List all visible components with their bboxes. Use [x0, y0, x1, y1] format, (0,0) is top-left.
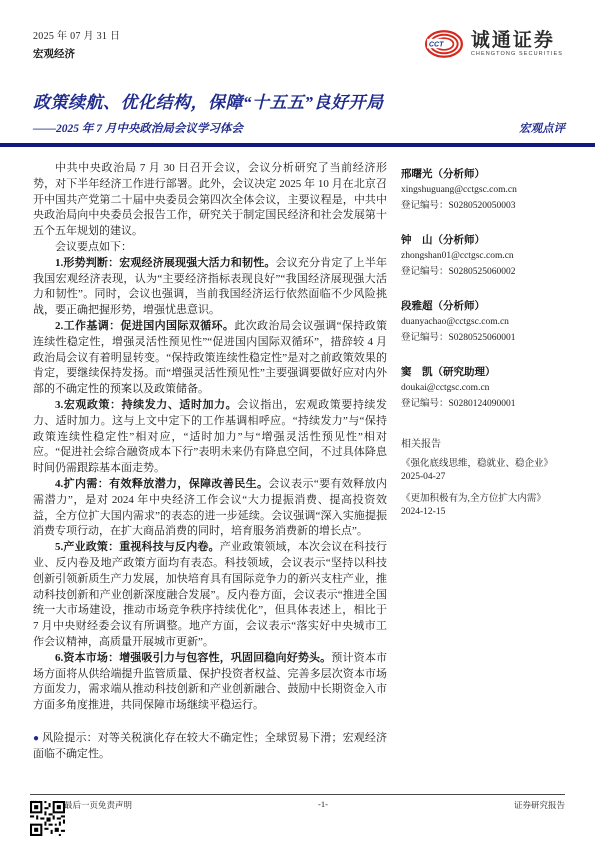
paragraph: 中共中央政治局 7 月 30 日召开会议，会议分析研究了当前经济形势，对下半年经…	[33, 161, 387, 240]
analyst-email: zhongshan01@cctgsc.com.cn	[401, 251, 565, 261]
analyst-block: 窦 凯（研究助理） doukai@cctgsc.com.cn 登记编号：S028…	[401, 364, 565, 409]
analyst-registration: 登记编号：S0280525060002	[401, 263, 565, 277]
related-report-item: 《强化底线思维，稳就业、稳企业》 2025-04-27	[401, 458, 565, 484]
paragraph: 3.宏观政策：持续发力、适时加力。会议指出，宏观政策要持续发力、适时加力。这与上…	[33, 398, 387, 477]
article-body: 中共中央政治局 7 月 30 日召开会议，会议分析研究了当前经济形势，对下半年经…	[33, 161, 387, 762]
page-footer: 敬请参阅最后一页免责声明 -1- 证券研究报告	[30, 794, 565, 811]
analyst-name: 钟 山（分析师）	[401, 232, 565, 247]
analyst-email: xingshuguang@cctgsc.com.cn	[401, 185, 565, 195]
company-logo: CCT 诚通证券 CHENGTONG SECURITIES	[423, 28, 563, 60]
paragraph: 5.产业政策：重视科技与反内卷。产业政策领域，本次会议在科技行业、反内卷及地产政…	[33, 540, 387, 651]
page-title: 政策续航、优化结构，保障“十五五”良好开局	[33, 88, 565, 113]
related-reports: 相关报告 《强化底线思维，稳就业、稳企业》 2025-04-27 《更加积极有为…	[401, 435, 565, 519]
logo-rings-icon: CCT	[423, 28, 465, 60]
analyst-block: 段雅超（分析师） duanyachao@cctgsc.com.cn 登记编号：S…	[401, 298, 565, 343]
page-subtitle: ——2025 年 7 月中央政治局会议学习体会	[33, 120, 243, 136]
header-divider	[0, 143, 595, 147]
analyst-block: 邢曙光（分析师） xingshuguang@cctgsc.com.cn 登记编号…	[401, 166, 565, 211]
qr-code	[30, 801, 65, 836]
related-report-name: 《更加积极有为,全方位扩大内需》	[401, 493, 565, 506]
analyst-email: duanyachao@cctgsc.com.cn	[401, 317, 565, 327]
header: 2025 年 07 月 31 日 宏观经济 CCT 诚通证券 CHENGTONG…	[33, 27, 565, 73]
paragraph: 4.扩内需：有效释放潜力，保障改善民生。会议表示“要有效释放内需潜力”，是对 2…	[33, 477, 387, 540]
related-report-date: 2025-04-27	[401, 471, 565, 484]
svg-text:CCT: CCT	[429, 42, 444, 49]
bullet-icon: ●	[33, 733, 39, 744]
analyst-name: 邢曙光（分析师）	[401, 166, 565, 181]
page-number: -1-	[318, 799, 328, 811]
analyst-registration: 登记编号：S0280525060001	[401, 329, 565, 343]
analyst-name: 窦 凯（研究助理）	[401, 364, 565, 379]
analyst-block: 钟 山（分析师） zhongshan01@cctgsc.com.cn 登记编号：…	[401, 232, 565, 277]
logo-name-cn: 诚通证券	[471, 31, 563, 50]
paragraph: 会议要点如下：	[33, 240, 387, 256]
footer-report-type: 证券研究报告	[514, 799, 565, 811]
analyst-name: 段雅超（分析师）	[401, 298, 565, 313]
subtitle-row: ——2025 年 7 月中央政治局会议学习体会 宏观点评	[33, 120, 565, 136]
paragraph: 2.工作基调：促进国内国际双循环。此次政治局会议强调“保持政策连续性稳定性，增强…	[33, 319, 387, 398]
analyst-email: doukai@cctgsc.com.cn	[401, 383, 565, 393]
related-report-name: 《强化底线思维，稳就业、稳企业》	[401, 458, 565, 471]
sidebar: 邢曙光（分析师） xingshuguang@cctgsc.com.cn 登记编号…	[387, 161, 565, 762]
paragraph: 1.形势判断：宏观经济展现强大活力和韧性。会议充分肯定了上半年我国宏观经济表现，…	[33, 256, 387, 319]
logo-name-en: CHENGTONG SECURITIES	[471, 52, 563, 58]
analyst-registration: 登记编号：S0280124090001	[401, 395, 565, 409]
risk-warning: ●风险提示：对等关税演化存在较大不确定性；全球贸易下滑；宏观经济面临不确定性。	[33, 731, 387, 763]
related-reports-title: 相关报告	[401, 435, 565, 450]
logo-text: 诚通证券 CHENGTONG SECURITIES	[471, 31, 563, 58]
related-report-date: 2024-12-15	[401, 506, 565, 519]
analyst-registration: 登记编号：S0280520050003	[401, 197, 565, 211]
related-report-item: 《更加积极有为,全方位扩大内需》 2024-12-15	[401, 493, 565, 519]
report-page: 2025 年 07 月 31 日 宏观经济 CCT 诚通证券 CHENGTONG…	[0, 0, 595, 841]
paragraph: 6.资本市场：增强吸引力与包容性，巩固回稳向好势头。预计资本市场方面将从供给端提…	[33, 651, 387, 714]
report-type-label: 宏观点评	[519, 120, 565, 136]
